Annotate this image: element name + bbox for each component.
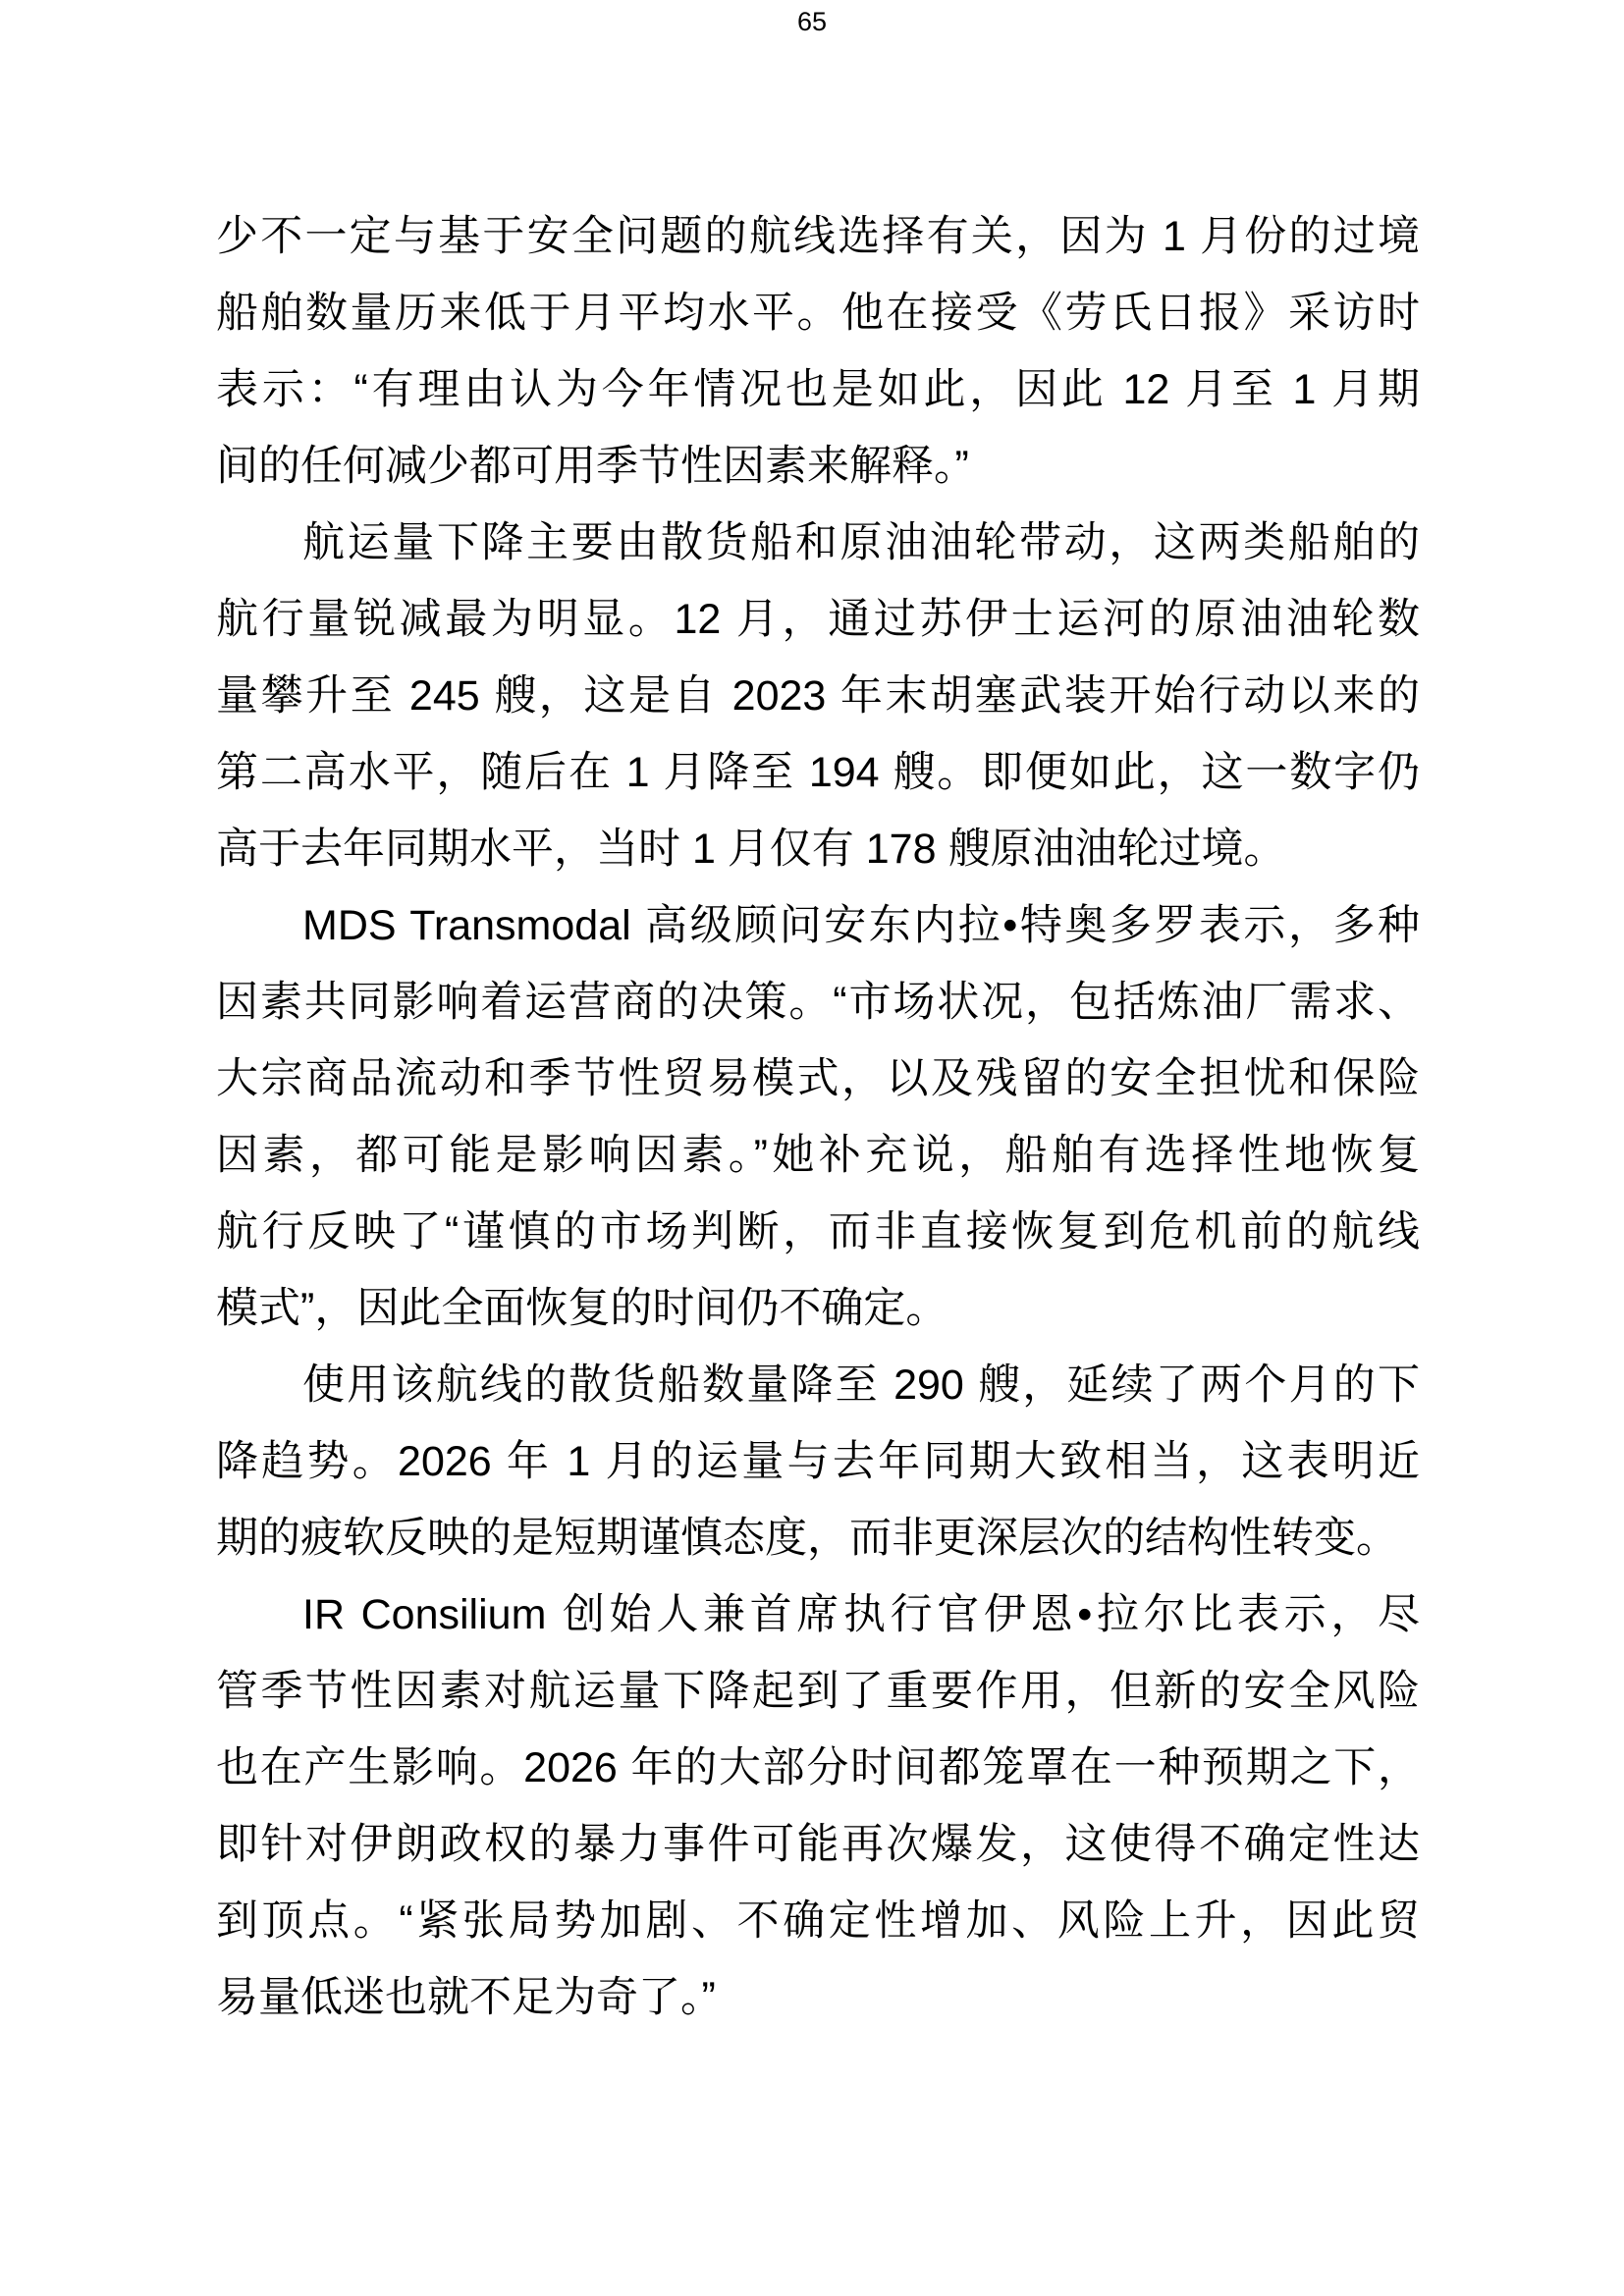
text-line: 降趋势。2026 年 1 月的运量与去年同期大致相当，这表明近 (216, 1423, 1420, 1500)
text-line: IR Consilium 创始人兼首席执行官伊恩•拉尔比表示，尽 (216, 1576, 1420, 1653)
text-line: 也在产生影响。2026 年的大部分时间都笼罩在一种预期之下， (216, 1730, 1420, 1806)
text-line: 模式”，因此全面恢复的时间仍不确定。 (216, 1270, 1420, 1347)
paragraph: MDS Transmodal 高级顾问安东内拉•特奥多罗表示，多种因素共同影响着… (216, 887, 1420, 1347)
paragraph: 航运量下降主要由散货船和原油油轮带动，这两类船舶的航行量锐减最为明显。12 月，… (216, 505, 1420, 887)
document-body: 少不一定与基于安全问题的航线选择有关，因为 1 月份的过境船舶数量历来低于月平均… (216, 198, 1420, 2036)
text-line: 即针对伊朗政权的暴力事件可能再次爆发，这使得不确定性达 (216, 1806, 1420, 1883)
text-line: 表示：“有理由认为今年情况也是如此，因此 12 月至 1 月期 (216, 351, 1420, 428)
text-line: 到顶点。“紧张局势加剧、不确定性增加、风险上升，因此贸 (216, 1883, 1420, 1959)
text-line: 间的任何减少都可用季节性因素来解释。” (216, 428, 1420, 505)
text-line: 大宗商品流动和季节性贸易模式，以及残留的安全担忧和保险 (216, 1041, 1420, 1117)
page-number: 65 (0, 6, 1624, 37)
text-line: 少不一定与基于安全问题的航线选择有关，因为 1 月份的过境 (216, 198, 1420, 275)
text-line: 使用该航线的散货船数量降至 290 艘，延续了两个月的下 (216, 1347, 1420, 1423)
text-line: 因素共同影响着运营商的决策。“市场状况，包括炼油厂需求、 (216, 964, 1420, 1041)
paragraph: IR Consilium 创始人兼首席执行官伊恩•拉尔比表示，尽管季节性因素对航… (216, 1576, 1420, 2036)
paragraph: 使用该航线的散货船数量降至 290 艘，延续了两个月的下降趋势。2026 年 1… (216, 1347, 1420, 1576)
text-line: 航行反映了“谨慎的市场判断，而非直接恢复到危机前的航线 (216, 1194, 1420, 1270)
text-line: 航行量锐减最为明显。12 月，通过苏伊士运河的原油油轮数 (216, 581, 1420, 658)
text-line: 因素，都可能是影响因素。”她补充说，船舶有选择性地恢复 (216, 1117, 1420, 1194)
text-line: 船舶数量历来低于月平均水平。他在接受《劳氏日报》采访时 (216, 275, 1420, 351)
text-line: 航运量下降主要由散货船和原油油轮带动，这两类船舶的 (216, 505, 1420, 581)
text-line: 管季节性因素对航运量下降起到了重要作用，但新的安全风险 (216, 1653, 1420, 1730)
text-line: 易量低迷也就不足为奇了。” (216, 1959, 1420, 2036)
text-line: 量攀升至 245 艘，这是自 2023 年末胡塞武装开始行动以来的 (216, 658, 1420, 734)
text-line: 期的疲软反映的是短期谨慎态度，而非更深层次的结构性转变。 (216, 1500, 1420, 1576)
text-line: 高于去年同期水平，当时 1 月仅有 178 艘原油油轮过境。 (216, 811, 1420, 887)
text-line: 第二高水平，随后在 1 月降至 194 艘。即便如此，这一数字仍 (216, 734, 1420, 811)
text-line: MDS Transmodal 高级顾问安东内拉•特奥多罗表示，多种 (216, 887, 1420, 964)
paragraph: 少不一定与基于安全问题的航线选择有关，因为 1 月份的过境船舶数量历来低于月平均… (216, 198, 1420, 505)
